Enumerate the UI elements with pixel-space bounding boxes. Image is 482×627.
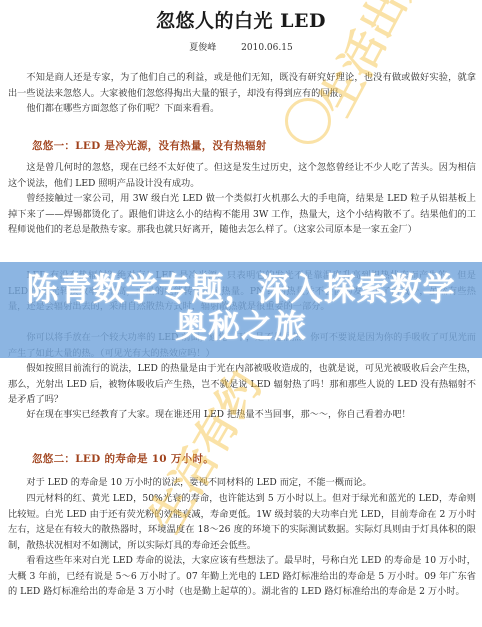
- section-2-heading: 忽悠二：LED 的寿命是 10 万小时。: [32, 451, 214, 466]
- section-1-paragraph-6: 好在现在事实已经教育了大家。现在谁还用 LED 把热量不当回事，那～～，你自己看…: [8, 407, 476, 423]
- publish-date: 2010.06.15: [241, 43, 293, 53]
- document-page: 忽悠人的白光 LED 夏俊峰 2010.06.15 不知是商人还是专家，为了他们…: [0, 0, 482, 627]
- section-2-paragraph-1: 对于 LED 的寿命是 10 万小时的说法，要视不同材料的 LED 而定，不能一…: [8, 475, 476, 491]
- section-2-paragraph-2: 四元材料的红、黄光 LED，50%光衰的寿命，也许能达到 5 万小时以上。但对于…: [8, 491, 476, 553]
- document-title: 忽悠人的白光 LED: [0, 6, 482, 33]
- section-1-paragraph-5: 假如按照目前流行的说法，LED 的热量是由于光在内部被吸收造成的，也就是说，可见…: [8, 361, 476, 408]
- author: 夏俊峰: [189, 43, 216, 53]
- overlay-banner-title-line-2: 奥秘之旅: [0, 301, 482, 347]
- section-1-paragraph-1: 这是曾几何时的忽悠，现在已经不太好使了。但这是发生过历史，这个忽悠曾经让不少人吃…: [8, 160, 476, 191]
- byline: 夏俊峰 2010.06.15: [0, 40, 482, 53]
- section-1-heading: 忽悠一：LED 是冷光源，没有热量，没有热辐射: [32, 138, 267, 153]
- intro-paragraph-1: 不知是商人还是专家，为了他们自己的利益，或是他们无知，既没有研究好理论，也没有做…: [8, 70, 476, 101]
- section-2-paragraph-3: 看看这些年来对白光 LED 寿命的说法，大家应该有些想法了。最早时，号称白光 L…: [8, 553, 476, 600]
- intro-paragraph-2: 他们都在哪些方面忽悠了你们呢？下面来看看。: [8, 101, 476, 117]
- section-1-paragraph-2: 曾经接触过一家公司，用 3W 级白光 LED 做一个类似打火机那么大的手电筒，结…: [8, 191, 476, 238]
